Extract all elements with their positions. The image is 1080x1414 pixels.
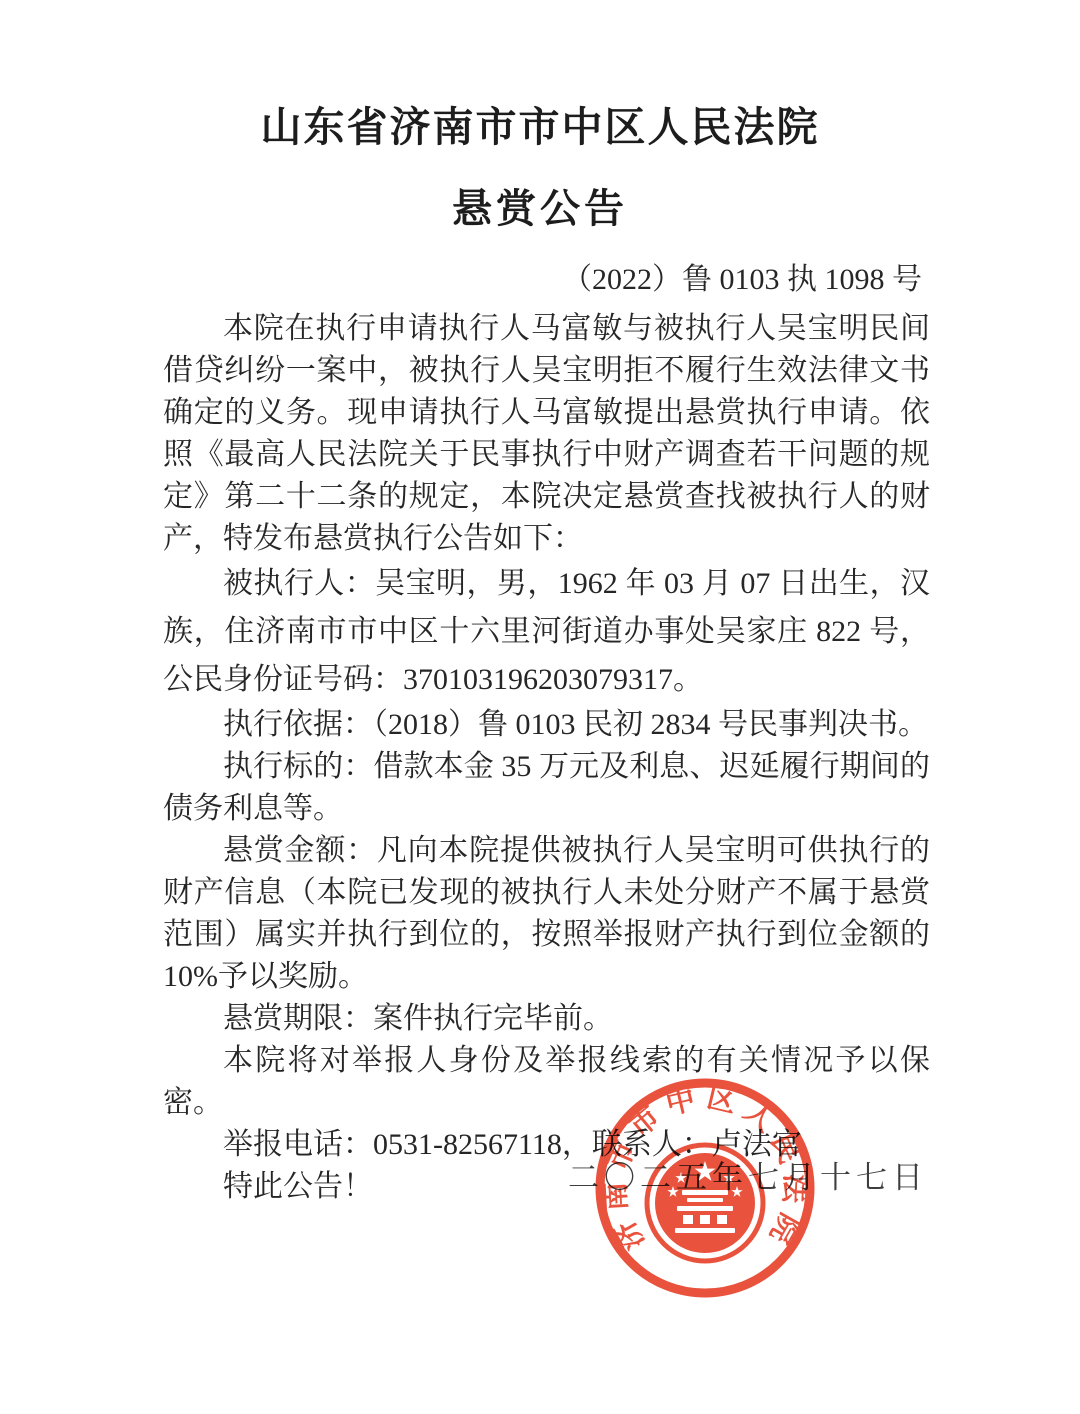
document-title: 悬赏公告 bbox=[0, 177, 1080, 234]
paragraph-subject: 执行标的：借款本金 35 万元及利息、迟延履行期间的债务利息等。 bbox=[163, 746, 930, 830]
paragraph-intro: 本院在执行申请执行人马富敏与被执行人吴宝明民间借贷纠纷一案中，被执行人吴宝明拒不… bbox=[163, 308, 930, 560]
paragraph-executee: 被执行人：吴宝明，男，1962 年 03 月 07 日出生，汉族，住济南市市中区… bbox=[163, 560, 930, 704]
paragraph-reward-amount: 悬赏金额：凡向本院提供被执行人吴宝明可供执行的财产信息（本院已发现的被执行人未处… bbox=[163, 830, 930, 998]
paragraph-reward-period: 悬赏期限：案件执行完毕前。 bbox=[163, 998, 930, 1040]
case-number: （2022）鲁 0103 执 1098 号 bbox=[0, 254, 922, 298]
paragraph-basis: 执行依据：（2018）鲁 0103 民初 2834 号民事判决书。 bbox=[163, 704, 930, 746]
official-court-seal-icon: 济南市市中区人民法院 bbox=[580, 1063, 830, 1313]
court-name-heading: 山东省济南市市中区人民法院 bbox=[0, 0, 1080, 153]
announcement-page: 山东省济南市市中区人民法院 悬赏公告 （2022）鲁 0103 执 1098 号… bbox=[0, 0, 1080, 1414]
national-emblem-icon bbox=[647, 1145, 763, 1261]
